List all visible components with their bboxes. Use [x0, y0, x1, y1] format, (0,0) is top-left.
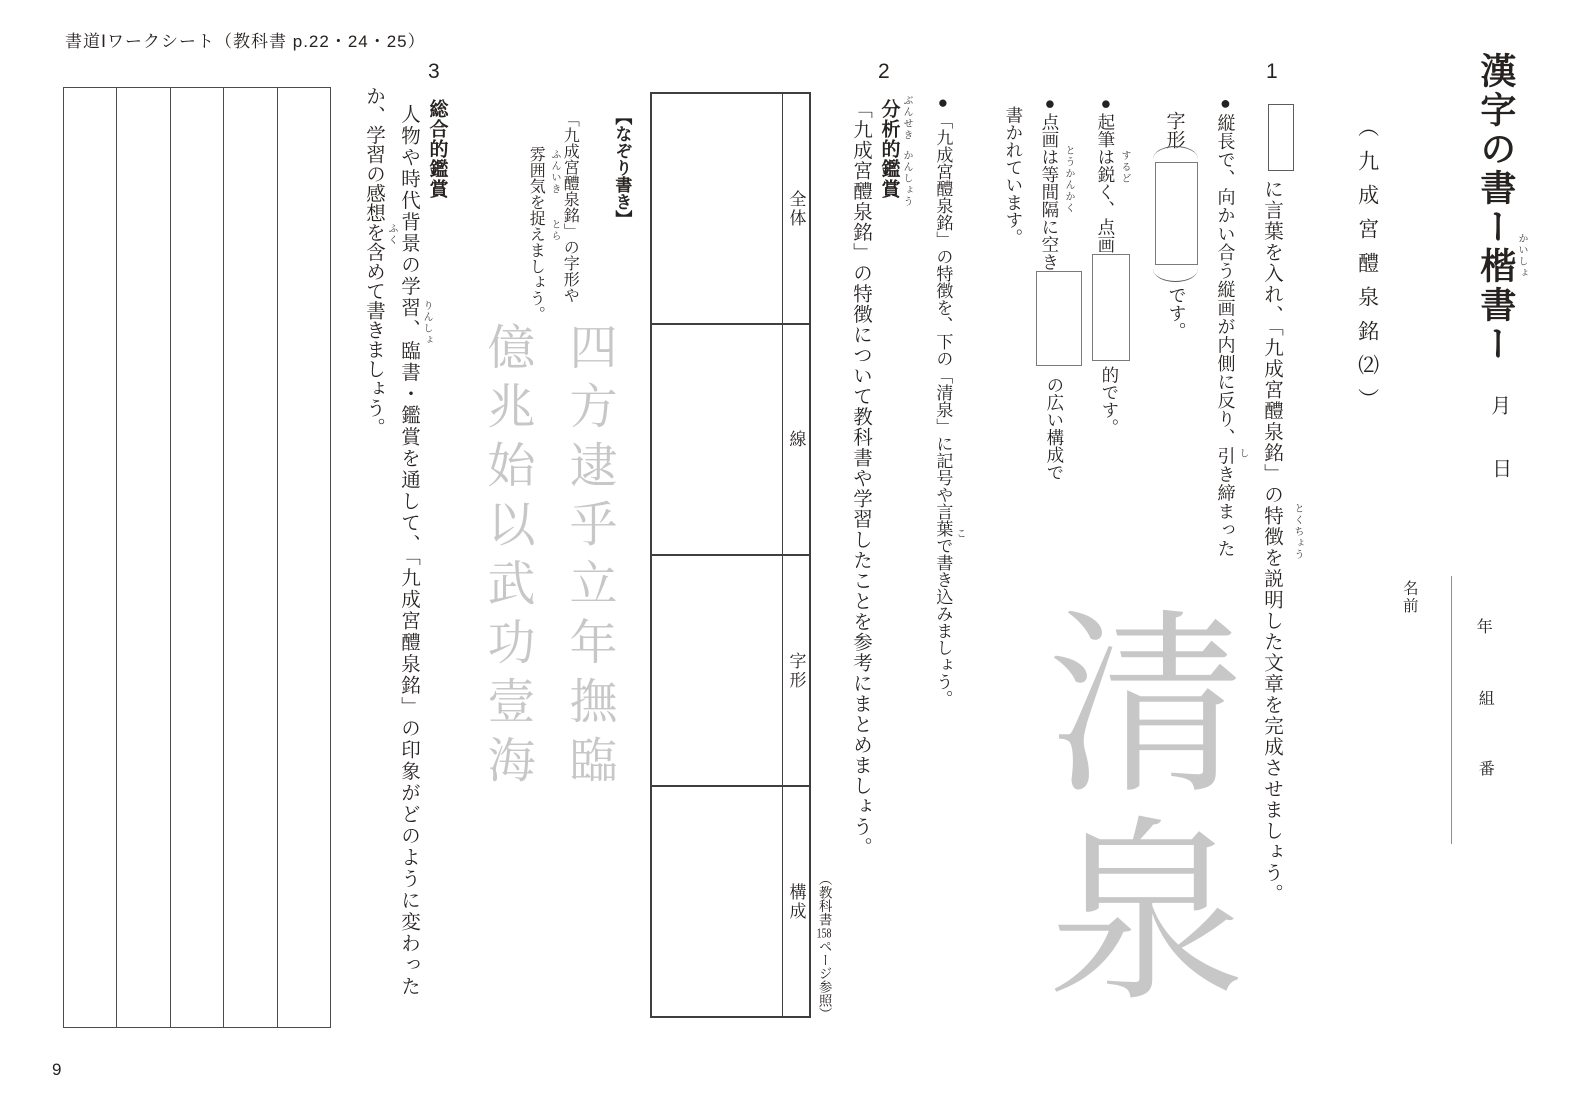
table-answer-cell[interactable] [652, 94, 783, 323]
section1-bullet2-furigana: するど [1119, 150, 1129, 185]
section1-bullet3-suffix: の広い構成で [1045, 376, 1064, 481]
nazori-heading: 【なぞり書き】 [612, 108, 630, 227]
writing-grid-column[interactable] [117, 88, 170, 1027]
section2-heading-furigana-2: かんしょう [901, 150, 911, 208]
page-title: 漢字の書ー楷書ー [1476, 52, 1515, 364]
row-label-text: 全体 [784, 190, 809, 228]
nazori-furigana-1: ふんいき [549, 149, 559, 195]
nazori-lead1: 「九成宮醴泉銘」の字形や [561, 111, 578, 303]
table-row-label: 構成 [783, 787, 809, 1016]
name-label: 名前 [1400, 580, 1417, 615]
section2-number: 2 [878, 60, 890, 84]
section3-lead1: 人物や時代背景の学習、臨書・鑑賞を通して、「九成宮醴泉銘」の印象がどのように変わ… [398, 104, 419, 997]
month-label: 月 [1487, 395, 1509, 415]
table-answer-cell[interactable] [652, 556, 783, 785]
section1-bullet3-text: ●点画は等間隔に空き、 [1040, 93, 1059, 288]
table-answer-cell[interactable] [652, 325, 783, 554]
section1-bullet2-suffix: 的です。 [1100, 366, 1119, 436]
table-row-label: 全体 [783, 94, 809, 323]
paren-close-arc [1153, 269, 1198, 282]
section3-number: 3 [428, 60, 440, 84]
section3-furigana-1: りんしょ [421, 300, 431, 346]
row-label-text: 字形 [784, 652, 809, 690]
number-label: 番 [1476, 760, 1493, 776]
page-number: 9 [52, 1060, 61, 1080]
table-row-label: 線 [783, 325, 809, 554]
name-entry-line[interactable] [1451, 576, 1452, 844]
table-row: 全体 [652, 94, 809, 325]
writing-grid-column[interactable] [224, 88, 277, 1027]
note-page-number: 158 [817, 926, 832, 940]
table-row: 線 [652, 325, 809, 556]
writing-grid-column[interactable] [64, 88, 117, 1027]
note-post: ページ参照） [817, 940, 832, 1021]
writing-grid [63, 87, 331, 1028]
trace-column-left[interactable]: 億兆始以武功壹海 [482, 322, 530, 794]
section1-bullet1-furigana: し [1237, 448, 1247, 460]
section1-fill-box[interactable] [1268, 104, 1294, 171]
section1-bullet2-text: ●起筆は鋭く、点画は [1096, 93, 1115, 271]
chapter-heading: （九成宮醴泉銘⑵） [1356, 116, 1379, 422]
section1-answer-box-jikei[interactable] [1155, 162, 1198, 265]
section2-heading: 分析的鑑賞 [878, 99, 899, 199]
table-row: 字形 [652, 556, 809, 787]
section1-bullet4-text: ●「九成宮醴泉銘」の特徴を、下の「清泉」に記号や言葉で書き込みましょう。 [933, 93, 951, 707]
section1-bullet1-suffix: です。 [1166, 286, 1185, 340]
table-row-label: 字形 [783, 556, 809, 785]
year-label: 年 [1474, 618, 1491, 634]
section3-heading: 総合的鑑賞 [426, 99, 447, 199]
analysis-table: 全体 線 字形 構成 [650, 92, 811, 1018]
section1-answer-box-tenkaku[interactable] [1092, 254, 1130, 361]
table-row: 構成 [652, 787, 809, 1016]
row-label-text: 線 [784, 430, 809, 449]
title-furigana: かいしょ [1516, 233, 1526, 279]
section3-lead2: か、学習の感想を含めて書きましょう。 [363, 86, 384, 437]
table-answer-cell[interactable] [652, 787, 783, 1016]
section1-bullet4-furigana: こ [954, 528, 964, 540]
class-label: 組 [1476, 690, 1493, 706]
section2-heading-furigana-1: ぶんせき [901, 95, 911, 141]
seisen-annotation-area[interactable]: 清泉 [1028, 600, 1226, 1016]
paren-open-arc [1153, 146, 1198, 159]
writing-grid-column[interactable] [278, 88, 330, 1027]
trace-column-right[interactable]: 四方逮乎立年撫臨 [564, 322, 612, 794]
section3-furigana-2: ふく [386, 223, 396, 246]
section1-bullet3-furigana: とうかんかく [1063, 145, 1073, 214]
writing-grid-column[interactable] [171, 88, 224, 1027]
day-label: 日 [1488, 458, 1510, 478]
section1-lead-furigana: とくちょう [1292, 503, 1302, 561]
nazori-lead2: 雰囲気を捉えましょう。 [527, 146, 544, 322]
nazori-furigana-2: とら [549, 219, 559, 242]
section1-answer-box-kousei[interactable] [1036, 271, 1082, 366]
section2-lead: 「九成宮醴泉銘」の特徴について教科書や学習したことを参考にまとめましょう。 [850, 99, 871, 858]
section1-number: 1 [1266, 60, 1278, 84]
section1-bullet3-cont: 書かれています。 [1004, 106, 1023, 246]
worksheet-page: 書道Ⅰワークシート（教科書 p.22・24・25） 漢字の書ー楷書ー かいしょ … [0, 0, 1580, 1116]
textbook-reference-note: （教科書158ページ参照） [816, 872, 831, 1021]
section1-lead: に言葉を入れ、「九成宮醴泉銘」の特徴を説明した文章を完成させましょう。 [1261, 179, 1282, 904]
row-label-text: 構成 [784, 883, 809, 921]
section1-bullet1-label: 字形 [1163, 111, 1184, 149]
section1-bullet1-text: ●縦長で、向かい合う縦画が内側に反り、引き締まった [1215, 93, 1234, 558]
worksheet-header-note: 書道Ⅰワークシート（教科書 p.22・24・25） [65, 27, 426, 52]
note-pre: （教科書 [817, 872, 832, 926]
